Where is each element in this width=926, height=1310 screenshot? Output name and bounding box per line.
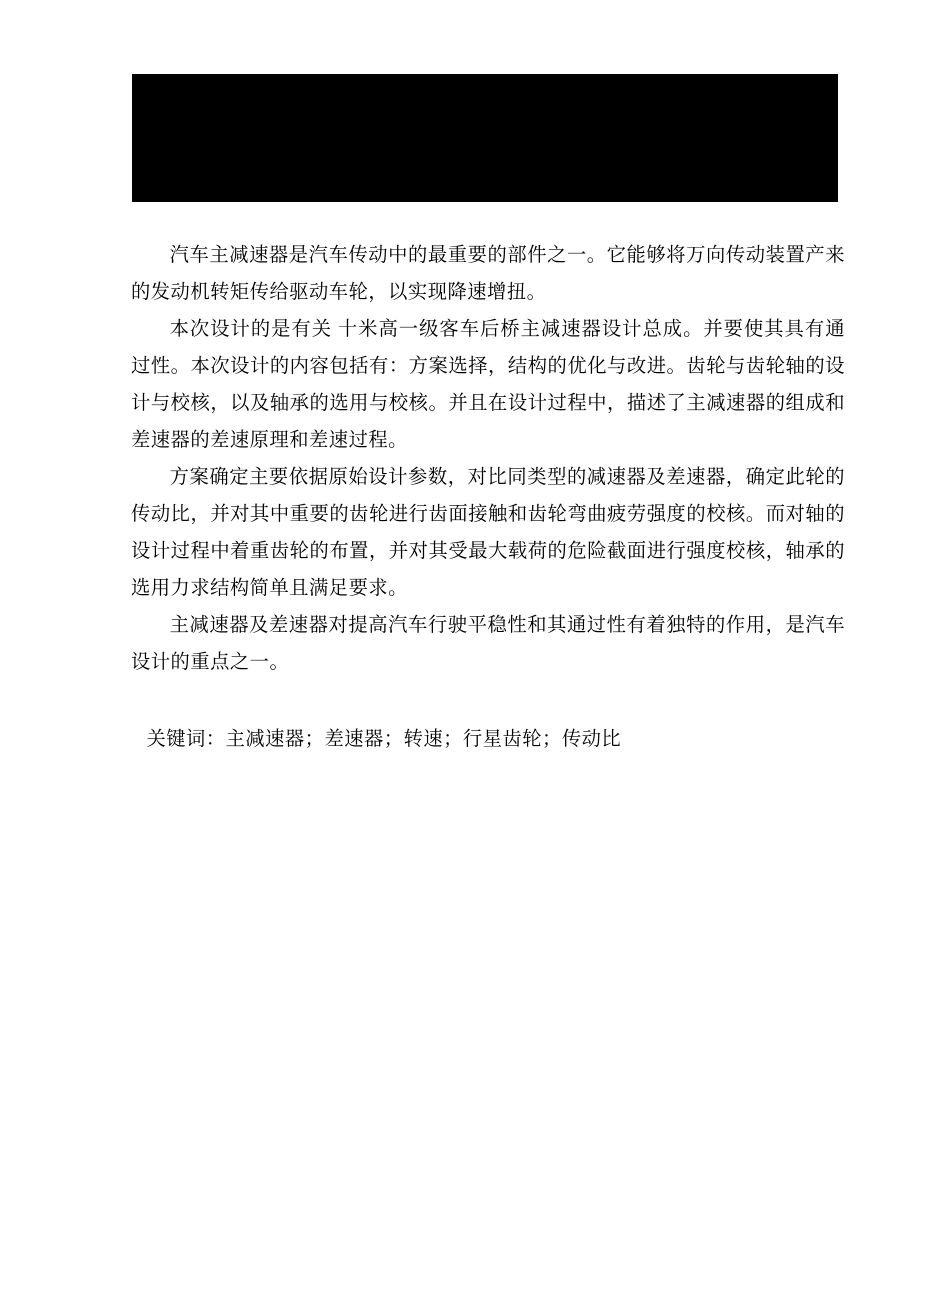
keywords-line: 关键词：主减速器；差速器；转速；行星齿轮；传动比 bbox=[131, 721, 845, 758]
abstract-paragraph-4: 主减速器及差速器对提高汽车行驶平稳性和其通过性有着独特的作用，是汽车设计的重点之… bbox=[131, 607, 845, 681]
abstract-paragraph-1: 汽车主减速器是汽车传动中的最重要的部件之一。它能够将万向传动装置产来的发动机转矩… bbox=[131, 237, 845, 311]
keywords-text: 主减速器；差速器；转速；行星齿轮；传动比 bbox=[226, 729, 622, 750]
document-page: 汽车主减速器是汽车传动中的最重要的部件之一。它能够将万向传动装置产来的发动机转矩… bbox=[0, 0, 926, 1310]
abstract-body: 汽车主减速器是汽车传动中的最重要的部件之一。它能够将万向传动装置产来的发动机转矩… bbox=[131, 237, 845, 758]
redacted-title-block bbox=[132, 74, 838, 202]
keywords-label: 关键词： bbox=[146, 729, 225, 750]
abstract-paragraph-3: 方案确定主要依据原始设计参数，对比同类型的减速器及差速器，确定此轮的传动比，并对… bbox=[131, 459, 845, 607]
abstract-paragraph-2: 本次设计的是有关 十米高一级客车后桥主减速器设计总成。并要使其具有通过性。本次设… bbox=[131, 311, 845, 459]
